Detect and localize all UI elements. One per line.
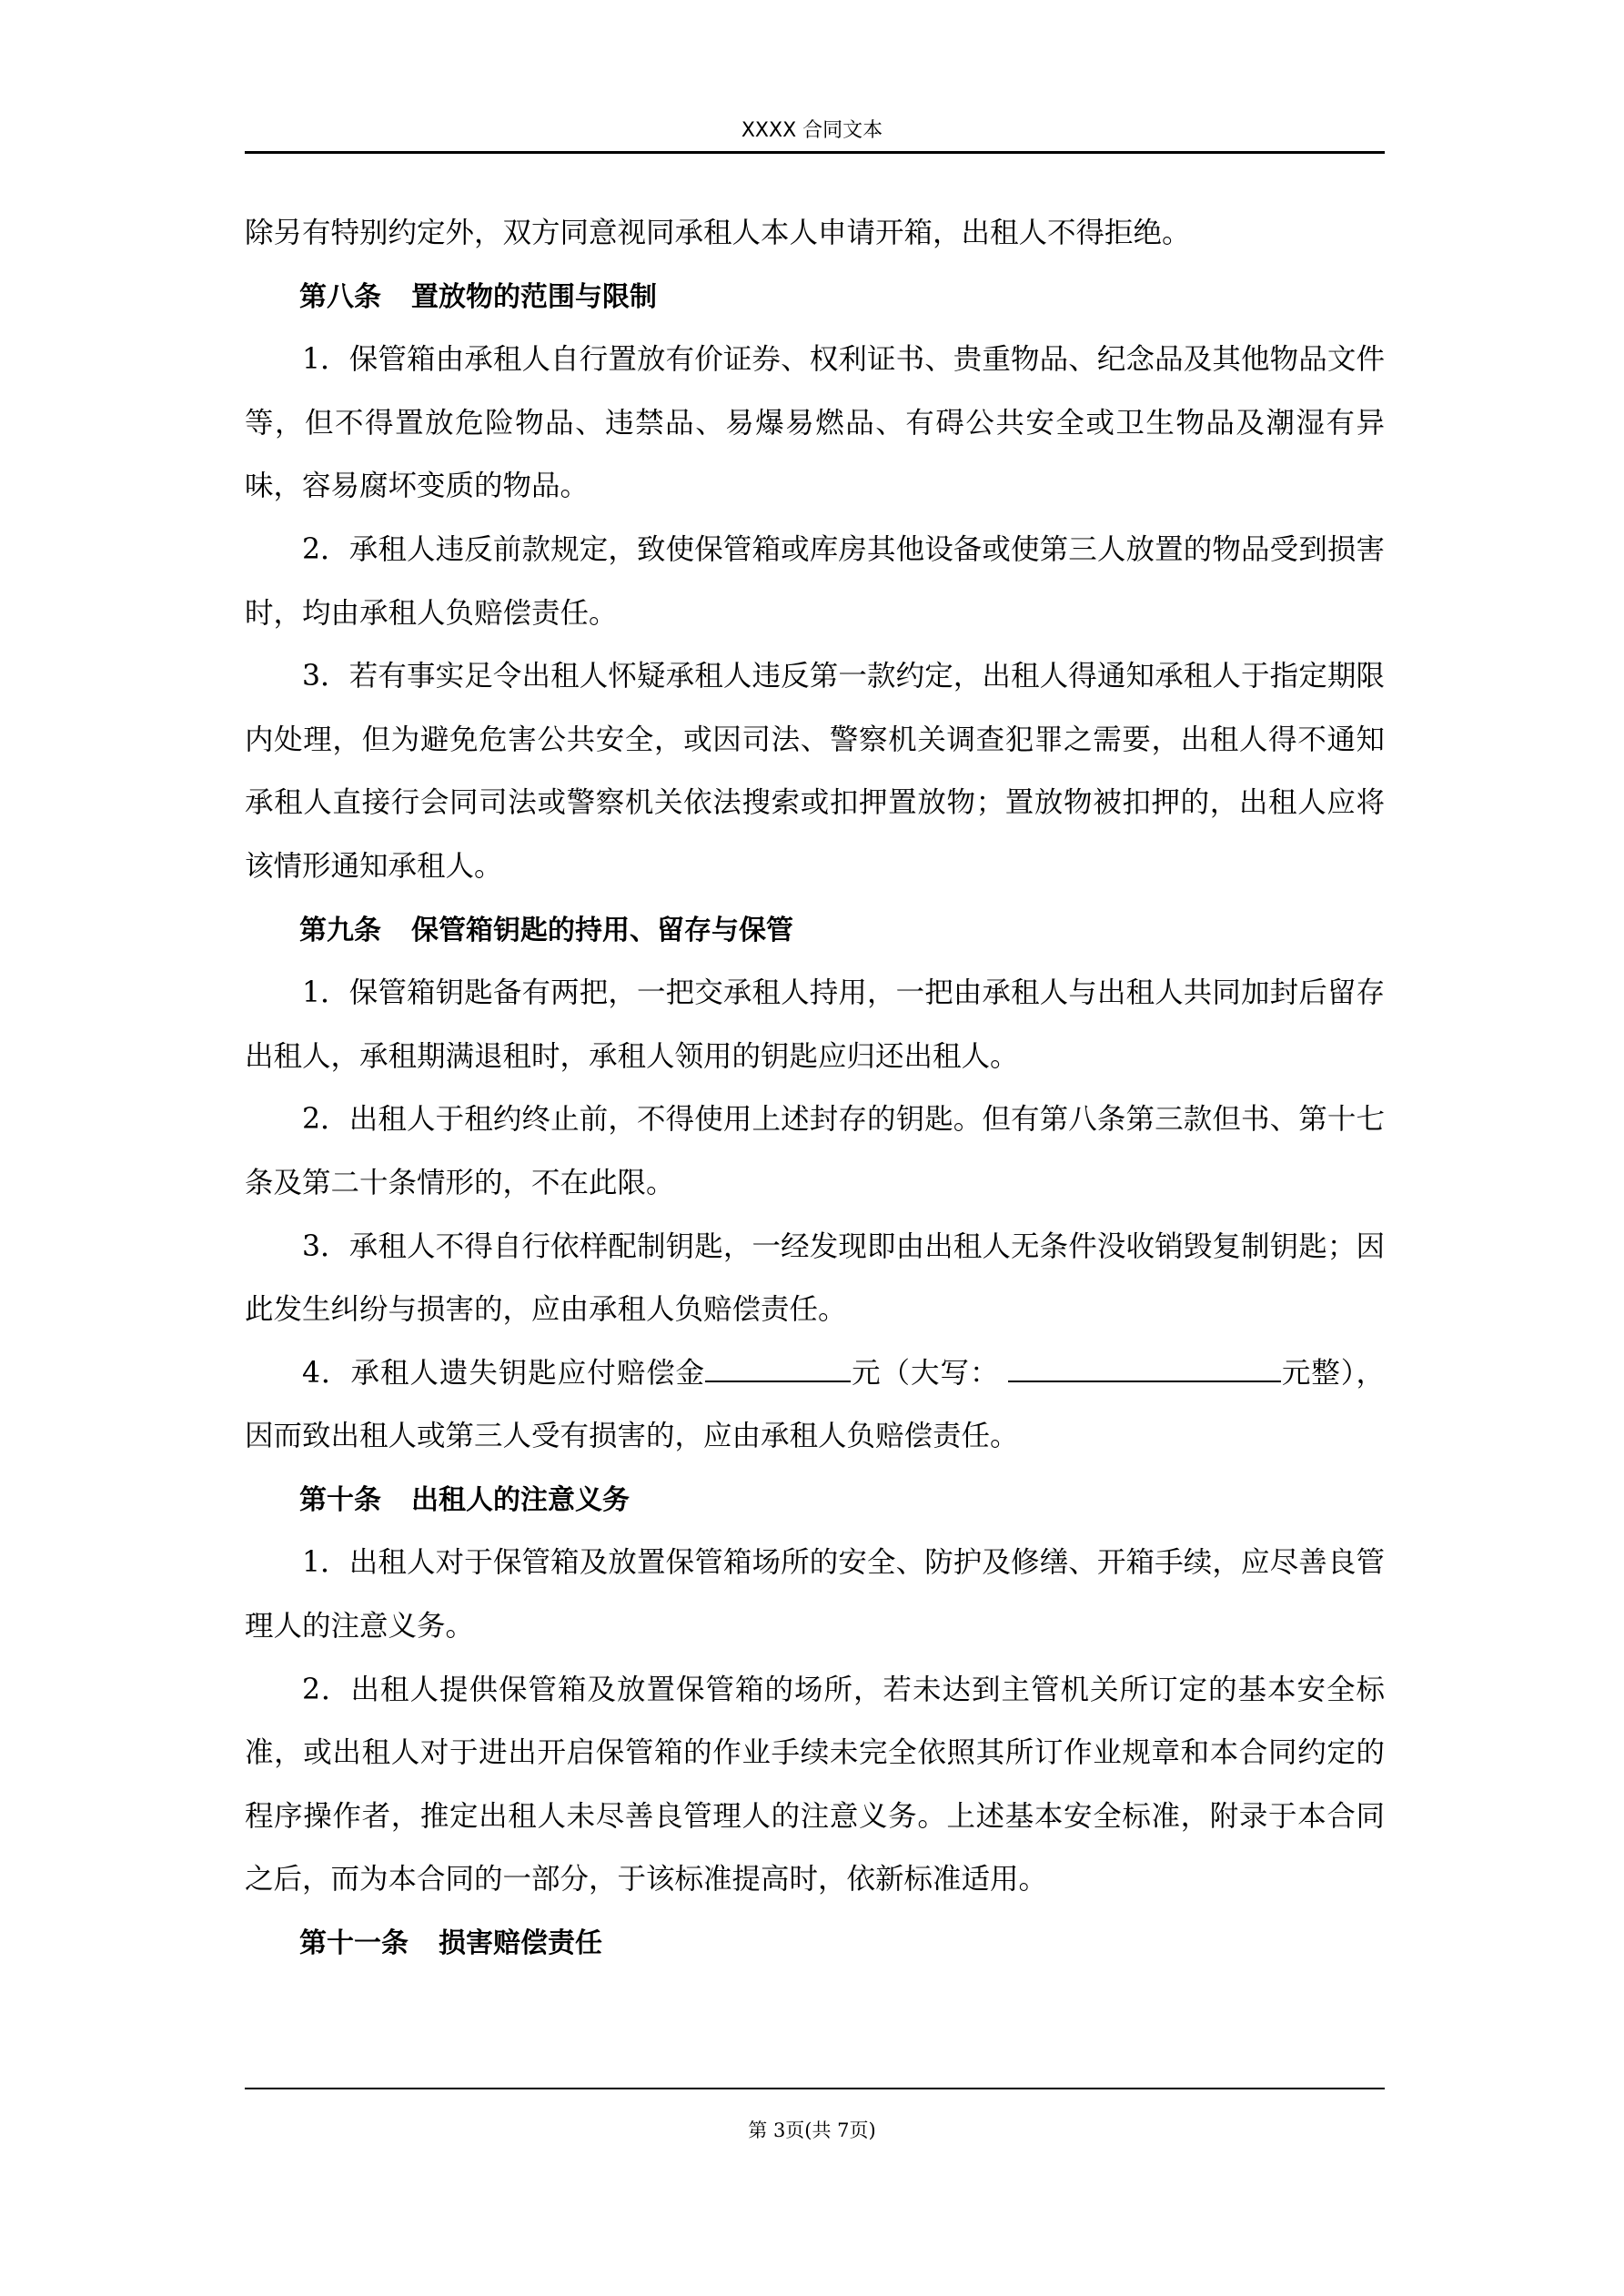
clause-text: 4．承租人遗失钥匙应付赔偿金 xyxy=(302,1357,705,1390)
article-title: 出租人的注意义务 xyxy=(411,1484,630,1516)
compensation-amount-blank[interactable] xyxy=(705,1354,851,1381)
clause-9-2: 2．出租人于租约终止前，不得使用上述封存的钥匙。但有第八条第三款但书、第十七条及… xyxy=(245,1088,1385,1215)
article-title: 损害赔偿责任 xyxy=(439,1927,602,1959)
article-heading-9: 第九条保管箱钥匙的持用、留存与保管 xyxy=(245,899,1385,963)
article-title: 置放物的范围与限制 xyxy=(411,281,657,313)
article-heading-10: 第十条出租人的注意义务 xyxy=(245,1469,1385,1532)
article-number: 第十一条 xyxy=(299,1927,409,1959)
article-number: 第九条 xyxy=(299,915,381,946)
page-number: 第 3页(共 7页) xyxy=(0,2116,1624,2143)
page-header-title: XXXX 合同文本 xyxy=(0,115,1624,143)
clause-9-4: 4．承租人遗失钥匙应付赔偿金元（大写：元整），因而致出租人或第三人受有损害的，应… xyxy=(245,1342,1385,1469)
clause-8-1: 1．保管箱由承租人自行置放有价证券、权利证书、贵重物品、纪念品及其他物品文件等，… xyxy=(245,329,1385,519)
article-number: 第十条 xyxy=(299,1484,381,1516)
clause-8-3: 3．若有事实足令出租人怀疑承租人违反第一款约定，出租人得通知承租人于指定期限内处… xyxy=(245,645,1385,898)
document-body: 除另有特别约定外，双方同意视同承租人本人申请开箱，出租人不得拒绝。 第八条置放物… xyxy=(245,202,1385,1976)
paragraph-continuation: 除另有特别约定外，双方同意视同承租人本人申请开箱，出租人不得拒绝。 xyxy=(245,202,1385,266)
clause-8-2: 2．承租人违反前款规定，致使保管箱或库房其他设备或使第三人放置的物品受到损害时，… xyxy=(245,519,1385,645)
article-number: 第八条 xyxy=(299,281,381,313)
compensation-amount-words-blank[interactable] xyxy=(1008,1354,1281,1381)
article-heading-11: 第十一条损害赔偿责任 xyxy=(245,1912,1385,1976)
clause-9-3: 3．承租人不得自行依样配制钥匙，一经发现即由出租人无条件没收销毁复制钥匙；因此发… xyxy=(245,1216,1385,1342)
article-title: 保管箱钥匙的持用、留存与保管 xyxy=(411,915,793,946)
clause-10-2: 2．出租人提供保管箱及放置保管箱的场所，若未达到主管机关所订定的基本安全标准，或… xyxy=(245,1659,1385,1912)
clause-9-1: 1．保管箱钥匙备有两把，一把交承租人持用，一把由承租人与出租人共同加封后留存出租… xyxy=(245,962,1385,1088)
header-divider xyxy=(245,151,1385,154)
clause-10-1: 1．出租人对于保管箱及放置保管箱场所的安全、防护及修缮、开箱手续，应尽善良管理人… xyxy=(245,1532,1385,1658)
clause-text: 元（大写： xyxy=(851,1357,999,1390)
article-heading-8: 第八条置放物的范围与限制 xyxy=(245,266,1385,329)
footer-divider xyxy=(245,2088,1385,2089)
